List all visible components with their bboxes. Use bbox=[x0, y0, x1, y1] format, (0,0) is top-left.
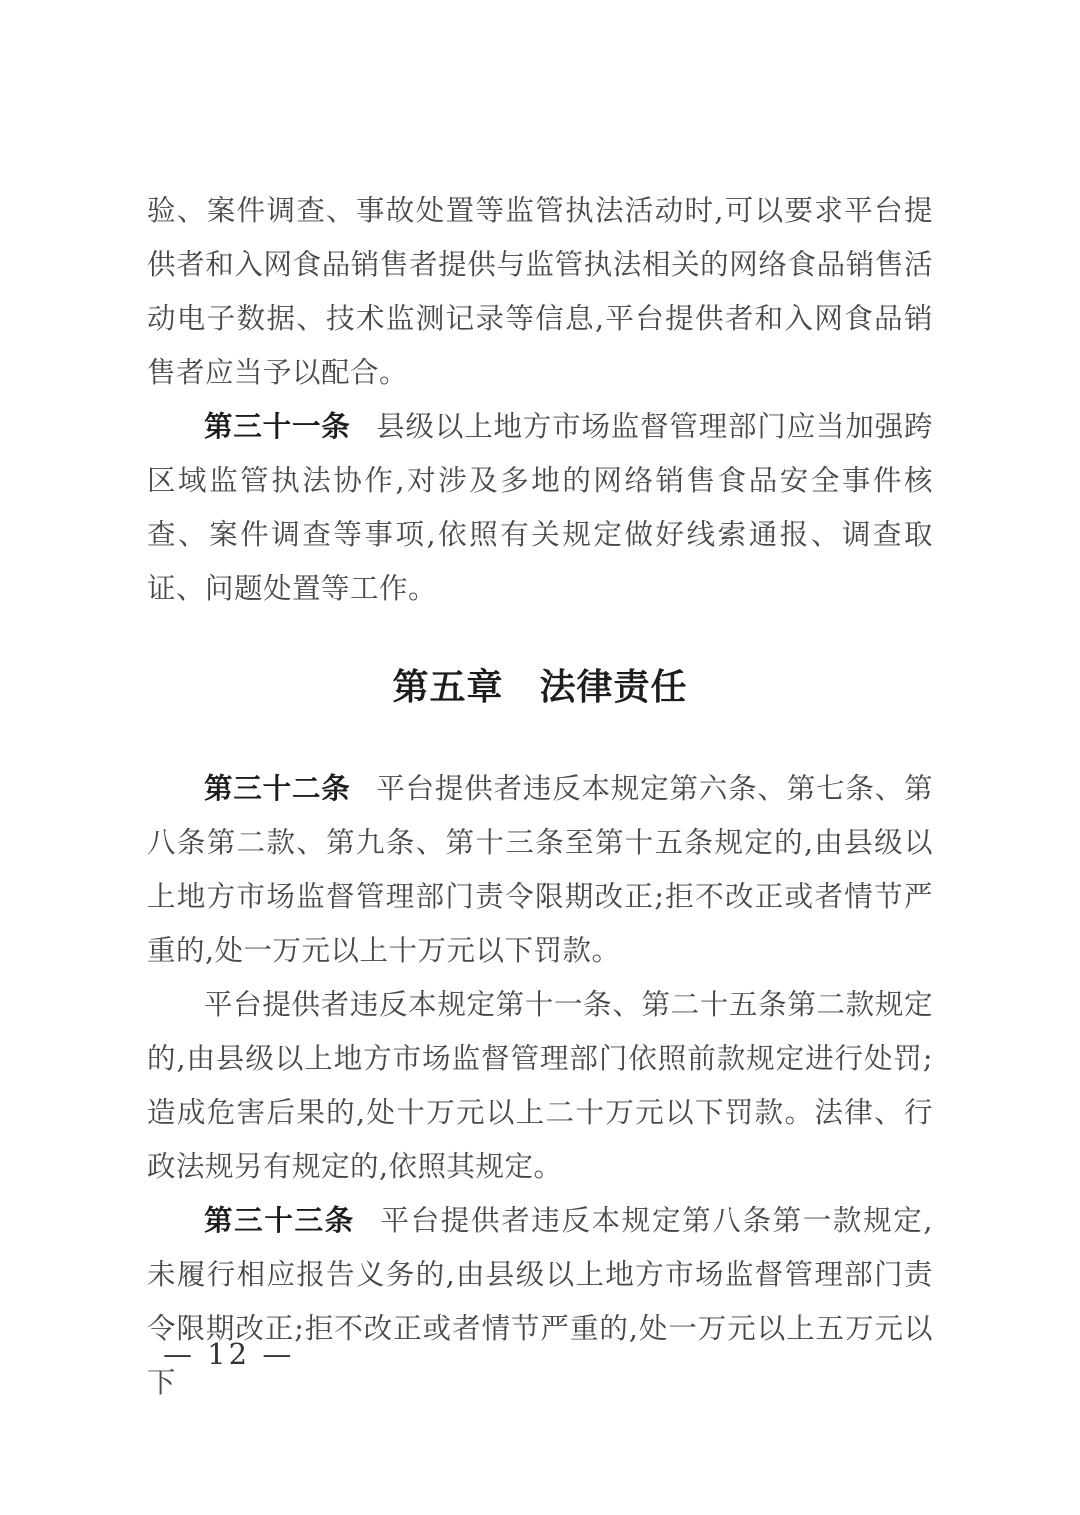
chapter-heading: 第五章法律责任 bbox=[147, 660, 933, 716]
page-number: — 12 — bbox=[163, 1334, 294, 1374]
page-number-text: — 12 — bbox=[163, 1337, 294, 1371]
article-31-number: 第三十一条 bbox=[204, 410, 351, 443]
page-text-block: 验、案件调查、事故处置等监管执法活动时,可以要求平台提供者和入网食品销售者提供与… bbox=[147, 184, 933, 1410]
chapter-title: 法律责任 bbox=[540, 667, 688, 708]
paragraph-article-31: 第三十一条县级以上地方市场监督管理部门应当加强跨区域监管执法协作,对涉及多地的网… bbox=[147, 400, 933, 616]
article-33-number: 第三十三条 bbox=[204, 1204, 355, 1237]
document-page: 验、案件调查、事故处置等监管执法活动时,可以要求平台提供者和入网食品销售者提供与… bbox=[0, 0, 1080, 1515]
paragraph-continuation: 验、案件调查、事故处置等监管执法活动时,可以要求平台提供者和入网食品销售者提供与… bbox=[147, 184, 933, 400]
paragraph-article-32: 第三十二条平台提供者违反本规定第六条、第七条、第八条第二款、第九条、第十三条至第… bbox=[147, 762, 933, 978]
paragraph-article-32-clause-2: 平台提供者违反本规定第十一条、第二十五条第二款规定的,由县级以上地方市场监督管理… bbox=[147, 978, 933, 1194]
chapter-number: 第五章 bbox=[392, 667, 503, 708]
paragraph-article-33: 第三十三条平台提供者违反本规定第八条第一款规定,未履行相应报告义务的,由县级以上… bbox=[147, 1194, 933, 1410]
article-32-number: 第三十二条 bbox=[204, 772, 351, 805]
